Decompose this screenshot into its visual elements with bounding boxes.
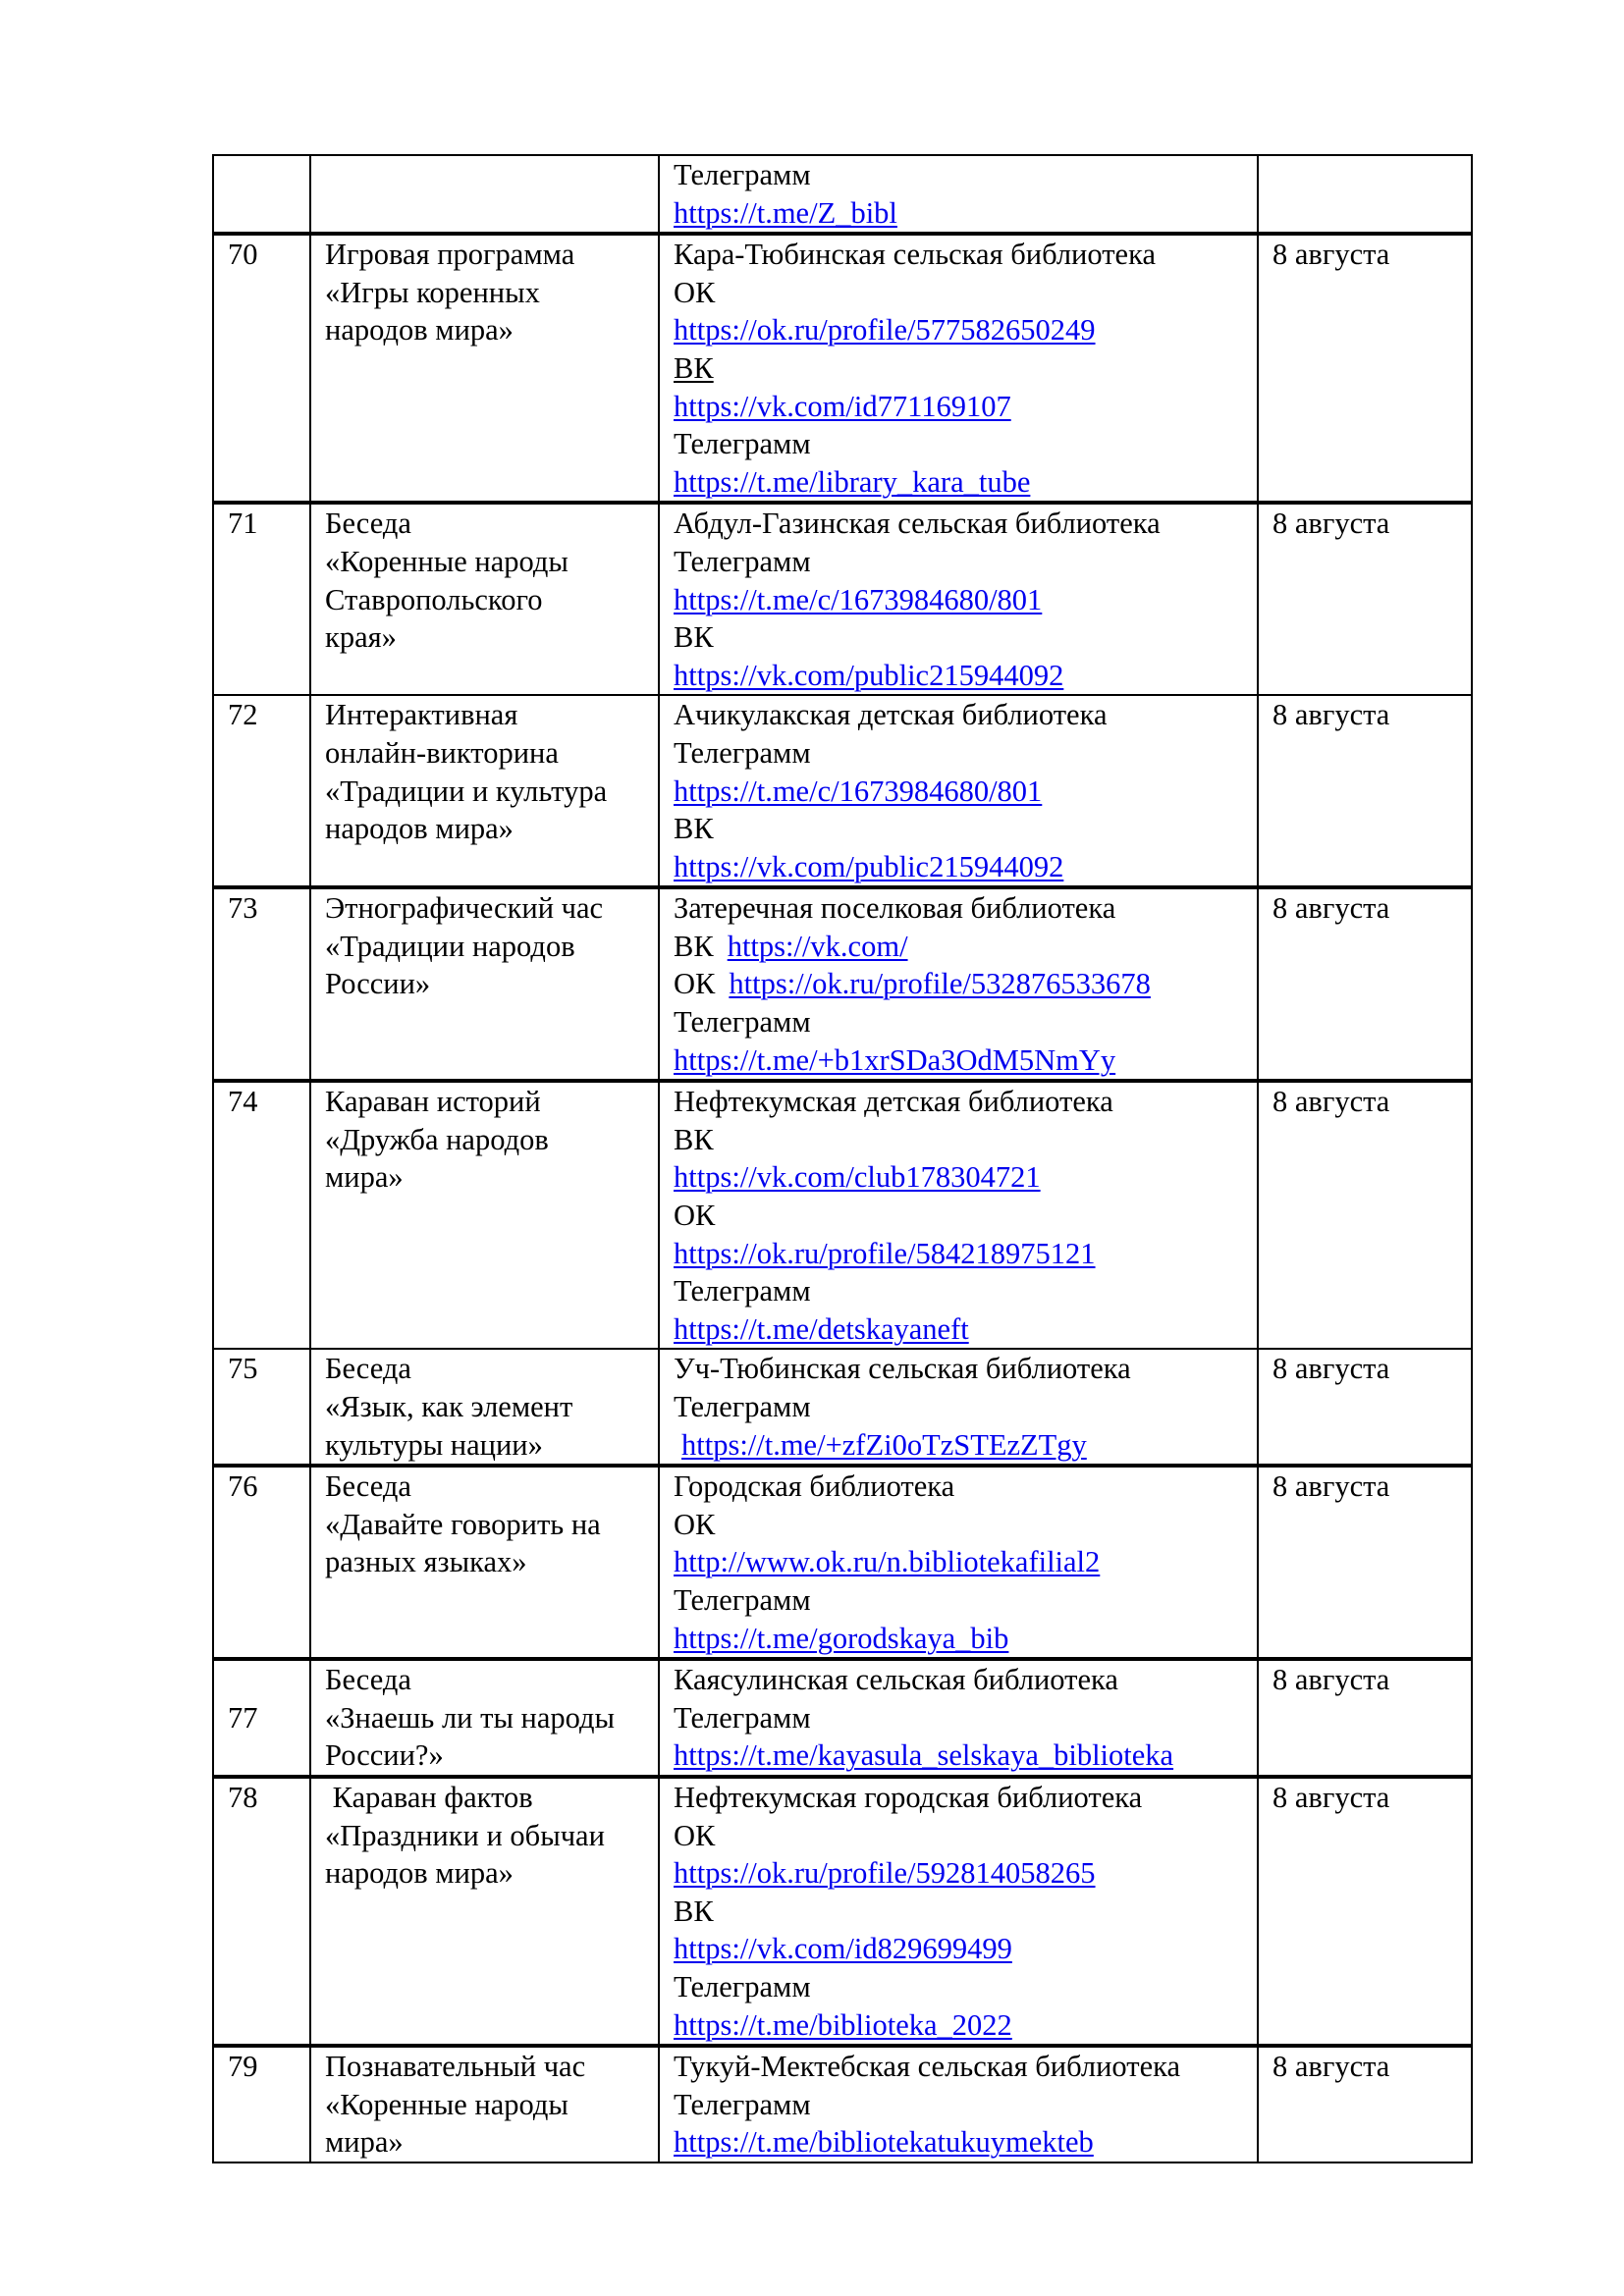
row-number: 79	[228, 2050, 258, 2083]
platform-label: Телеграмм	[674, 734, 1257, 773]
venue-line: http://www.ok.ru/n.bibliotekafilial2	[674, 1543, 1257, 1581]
platform-label: Телеграмм	[674, 425, 1257, 463]
platform-label: Телеграмм	[674, 1581, 1257, 1620]
venue-line: https://vk.com/id771169107	[674, 388, 1257, 426]
row-number-cell: 78	[213, 1777, 310, 2046]
library-name: Абдул-Газинская сельская библиотека	[674, 505, 1257, 543]
row-number: 72	[228, 698, 258, 731]
event-title-cell: Беседа«Знаешь ли ты народыРоссии?»	[310, 1659, 659, 1777]
table-row: 76Беседа«Давайте говорить наразных языка…	[213, 1466, 1472, 1659]
venue-links-cell: Абдул-Газинская сельская библиотекаТелег…	[659, 503, 1258, 695]
event-title-line: разных языках»	[325, 1543, 658, 1581]
venue-links-cell: Телеграммhttps://t.me/Z_bibl	[659, 155, 1258, 234]
event-title-line: России?»	[325, 1736, 658, 1775]
venue-line: ВКhttps://vk.com/	[674, 928, 1257, 966]
venue-line: https://t.me/kayasula_selskaya_bibliotek…	[674, 1736, 1257, 1775]
event-title-line: Этнографический час	[325, 889, 658, 928]
event-title-line: Беседа	[325, 1350, 658, 1388]
social-link[interactable]: https://t.me/kayasula_selskaya_bibliotek…	[674, 1738, 1173, 1772]
event-date-cell: 8 августа	[1258, 1466, 1472, 1659]
event-title-line: Караван фактов	[325, 1779, 658, 1817]
row-number: 75	[228, 1352, 258, 1385]
table-row: 72Интерактивнаяонлайн-викторина«Традиции…	[213, 695, 1472, 887]
venue-line: https://t.me/+b1xrSDa3OdM5NmYy	[674, 1041, 1257, 1080]
table-row: 74Караван историй«Дружба народовмира»Неф…	[213, 1081, 1472, 1349]
row-number: 77	[228, 1701, 258, 1735]
platform-label: ВК	[674, 351, 714, 385]
platform-label: Телеграмм	[674, 1968, 1257, 2006]
social-link[interactable]: https://t.me/+zfZi0oTzSTEzZTgy	[681, 1428, 1087, 1462]
row-number-cell: 70	[213, 234, 310, 503]
row-number-cell: 75	[213, 1349, 310, 1466]
platform-label: ОК	[674, 1506, 1257, 1544]
event-title-cell: Беседа«Давайте говорить наразных языках»	[310, 1466, 659, 1659]
venue-line: https://t.me/+zfZi0oTzSTEzZTgy	[674, 1426, 1257, 1465]
platform-label: ОК	[674, 1197, 1257, 1235]
platform-label: ВК	[674, 930, 714, 963]
platform-label: ВК	[674, 618, 1257, 657]
row-number-cell: 71	[213, 503, 310, 695]
venue-links-cell: Нефтекумская городская библиотекаОКhttps…	[659, 1777, 1258, 2046]
platform-label: ВК	[674, 810, 1257, 848]
social-link[interactable]: https://ok.ru/profile/532876533678	[729, 967, 1151, 1000]
venue-line: https://t.me/c/1673984680/801	[674, 581, 1257, 619]
social-link[interactable]: https://t.me/Z_bibl	[674, 196, 897, 230]
venue-line: https://ok.ru/profile/577582650249	[674, 311, 1257, 349]
event-title-line: края»	[325, 618, 658, 657]
venue-line: https://ok.ru/profile/592814058265	[674, 1854, 1257, 1893]
row-number-cell: 73	[213, 887, 310, 1081]
venue-line: https://vk.com/id829699499	[674, 1930, 1257, 1968]
row-number: 71	[228, 507, 258, 540]
platform-label: Телеграмм	[674, 1003, 1257, 1041]
event-title-cell: Беседа«Коренные народыСтавропольскогокра…	[310, 503, 659, 695]
platform-label: ОК	[674, 1817, 1257, 1855]
social-link[interactable]: https://vk.com/public215944092	[674, 850, 1063, 883]
row-number: 70	[228, 238, 258, 271]
venue-line: https://ok.ru/profile/584218975121	[674, 1235, 1257, 1273]
event-title-cell: Игровая программа«Игры коренныхнародов м…	[310, 234, 659, 503]
event-date-cell	[1258, 155, 1472, 234]
table-row: 77Беседа«Знаешь ли ты народыРоссии?»Каяс…	[213, 1659, 1472, 1777]
platform-label: ВК	[674, 1893, 1257, 1931]
library-name: Затеречная поселковая библиотека	[674, 889, 1257, 928]
venue-line: ОКhttps://ok.ru/profile/532876533678	[674, 965, 1257, 1003]
library-name: Телеграмм	[674, 156, 1257, 194]
venue-links-cell: Затеречная поселковая библиотекаВКhttps:…	[659, 887, 1258, 1081]
row-number: 76	[228, 1469, 258, 1503]
library-name: Каясулинская сельская библиотека	[674, 1661, 1257, 1699]
event-date-cell: 8 августа	[1258, 1659, 1472, 1777]
social-link[interactable]: https://ok.ru/profile/584218975121	[674, 1237, 1096, 1270]
event-title-line: Интерактивная	[325, 696, 658, 734]
library-name: Уч-Тюбинская сельская библиотека	[674, 1350, 1257, 1388]
event-date: 8 августа	[1272, 1352, 1389, 1385]
event-date-cell: 8 августа	[1258, 234, 1472, 503]
document-page: Телеграммhttps://t.me/Z_bibl70Игровая пр…	[0, 0, 1624, 2296]
venue-line: https://t.me/Z_bibl	[674, 194, 1257, 233]
social-link[interactable]: https://vk.com/public215944092	[674, 659, 1063, 692]
social-link[interactable]: http://www.ok.ru/n.bibliotekafilial2	[674, 1545, 1100, 1578]
social-link[interactable]: https://t.me/library_kara_tube	[674, 465, 1030, 499]
event-title-line: «Традиции и культура	[325, 773, 658, 811]
event-title-line: Беседа	[325, 1661, 658, 1699]
event-title-line: народов мира»	[325, 311, 658, 349]
library-name: Нефтекумская городская библиотека	[674, 1779, 1257, 1817]
row-number-cell: 76	[213, 1466, 310, 1659]
table-row: Телеграммhttps://t.me/Z_bibl	[213, 155, 1472, 234]
venue-links-cell: Ачикулакская детская библиотекаТелеграмм…	[659, 695, 1258, 887]
event-date-cell: 8 августа	[1258, 1349, 1472, 1466]
event-title-line: России»	[325, 965, 658, 1003]
library-name: Тукуй-Мектебская сельская библиотека	[674, 2048, 1257, 2086]
event-title-line: «Традиции народов	[325, 928, 658, 966]
event-date-cell: 8 августа	[1258, 2046, 1472, 2163]
event-title-cell: Этнографический час«Традиции народовРосс…	[310, 887, 659, 1081]
event-title-cell: Интерактивнаяонлайн-викторина«Традиции и…	[310, 695, 659, 887]
table-row: 73Этнографический час«Традиции народовРо…	[213, 887, 1472, 1081]
event-title-line: «Праздники и обычаи	[325, 1817, 658, 1855]
event-date-cell: 8 августа	[1258, 887, 1472, 1081]
venue-line: https://t.me/bibliotekatukuymekteb	[674, 2123, 1257, 2162]
row-number-cell: 74	[213, 1081, 310, 1349]
event-title-line: Беседа	[325, 505, 658, 543]
event-title-line: «Игры коренных	[325, 274, 658, 312]
event-title-line: народов мира»	[325, 1854, 658, 1893]
social-link[interactable]: https://t.me/c/1673984680/801	[674, 583, 1042, 616]
event-date: 8 августа	[1272, 698, 1389, 731]
event-date: 8 августа	[1272, 1469, 1389, 1503]
venue-links-cell: Городская библиотекаОКhttp://www.ok.ru/n…	[659, 1466, 1258, 1659]
platform-label: Телеграмм	[674, 1388, 1257, 1426]
platform-label: ОК	[674, 274, 1257, 312]
row-number-cell: 79	[213, 2046, 310, 2163]
social-link[interactable]: https://t.me/biblioteka_2022	[674, 2008, 1012, 2042]
event-title-line: Караван историй	[325, 1083, 658, 1121]
event-title-line: Беседа	[325, 1468, 658, 1506]
event-title-line: Ставропольского	[325, 581, 658, 619]
social-link[interactable]: https://vk.com/club178304721	[674, 1160, 1041, 1194]
social-link[interactable]: https://ok.ru/profile/577582650249	[674, 313, 1096, 347]
social-link[interactable]: https://vk.com/id771169107	[674, 390, 1011, 423]
event-title-line: мира»	[325, 1158, 658, 1197]
event-date-cell: 8 августа	[1258, 1081, 1472, 1349]
social-link[interactable]: https://t.me/+b1xrSDa3OdM5NmYy	[674, 1043, 1115, 1077]
social-link[interactable]: https://t.me/bibliotekatukuymekteb	[674, 2125, 1094, 2159]
event-title-line: «Язык, как элемент	[325, 1388, 658, 1426]
event-title-line: Познавательный час	[325, 2048, 658, 2086]
social-link[interactable]: https://t.me/c/1673984680/801	[674, 774, 1042, 808]
event-title-line: народов мира»	[325, 810, 658, 848]
event-title-cell: Познавательный час«Коренные народымира»	[310, 2046, 659, 2163]
table-row: 70Игровая программа«Игры коренныхнародов…	[213, 234, 1472, 503]
event-title-line: «Знаешь ли ты народы	[325, 1699, 658, 1737]
event-title-line: «Давайте говорить на	[325, 1506, 658, 1544]
event-title-cell	[310, 155, 659, 234]
event-date: 8 августа	[1272, 2050, 1389, 2083]
venue-line: https://t.me/biblioteka_2022	[674, 2006, 1257, 2045]
event-date-cell: 8 августа	[1258, 1777, 1472, 2046]
venue-links-cell: Кара-Тюбинская сельская библиотекаОКhttp…	[659, 234, 1258, 503]
event-date: 8 августа	[1272, 238, 1389, 271]
event-title-line: культуры нации»	[325, 1426, 658, 1465]
event-date: 8 августа	[1272, 1663, 1389, 1696]
event-date-cell: 8 августа	[1258, 503, 1472, 695]
event-date: 8 августа	[1272, 507, 1389, 540]
event-title-cell: Караван историй«Дружба народовмира»	[310, 1081, 659, 1349]
library-name: Нефтекумская детская библиотека	[674, 1083, 1257, 1121]
table-row: 71Беседа«Коренные народыСтавропольскогок…	[213, 503, 1472, 695]
social-link[interactable]: https://t.me/detskayaneft	[674, 1312, 969, 1346]
library-name: Ачикулакская детская библиотека	[674, 696, 1257, 734]
platform-label: ОК	[674, 967, 715, 1000]
venue-line: https://t.me/detskayaneft	[674, 1310, 1257, 1349]
row-number: 74	[228, 1085, 258, 1118]
venue-line: https://t.me/gorodskaya_bib	[674, 1620, 1257, 1658]
row-number-cell: 72	[213, 695, 310, 887]
platform-label: Телеграмм	[674, 1272, 1257, 1310]
platform-label: Телеграмм	[674, 1699, 1257, 1737]
event-title-line: «Коренные народы	[325, 543, 658, 581]
row-number: 73	[228, 891, 258, 925]
event-title-line: «Дружба народов	[325, 1121, 658, 1159]
social-link[interactable]: https://ok.ru/profile/592814058265	[674, 1856, 1096, 1890]
platform-label: ВК	[674, 1121, 1257, 1159]
event-title-line: Игровая программа	[325, 236, 658, 274]
venue-line: https://vk.com/public215944092	[674, 848, 1257, 886]
venue-links-cell: Каясулинская сельская библиотекаТелеграм…	[659, 1659, 1258, 1777]
platform-label: Телеграмм	[674, 543, 1257, 581]
venue-line: ВК	[674, 349, 1257, 388]
venue-links-cell: Уч-Тюбинская сельская библиотекаТелеграм…	[659, 1349, 1258, 1466]
library-name: Кара-Тюбинская сельская библиотека	[674, 236, 1257, 274]
event-title-cell: Беседа«Язык, как элементкультуры нации»	[310, 1349, 659, 1466]
table-row: 78 Караван фактов«Праздники и обычаинаро…	[213, 1777, 1472, 2046]
row-number-cell: 77	[213, 1659, 310, 1777]
venue-line: https://t.me/c/1673984680/801	[674, 773, 1257, 811]
social-link[interactable]: https://vk.com/id829699499	[674, 1932, 1012, 1965]
events-table-body: Телеграммhttps://t.me/Z_bibl70Игровая пр…	[213, 155, 1472, 2163]
row-number: 78	[228, 1781, 258, 1814]
venue-links-cell: Тукуй-Мектебская сельская библиотекаТеле…	[659, 2046, 1258, 2163]
event-date: 8 августа	[1272, 1085, 1389, 1118]
event-date-cell: 8 августа	[1258, 695, 1472, 887]
event-title-line: онлайн-викторина	[325, 734, 658, 773]
venue-links-cell: Нефтекумская детская библиотекаВКhttps:/…	[659, 1081, 1258, 1349]
venue-line: https://vk.com/club178304721	[674, 1158, 1257, 1197]
library-name: Городская библиотека	[674, 1468, 1257, 1506]
event-date: 8 августа	[1272, 891, 1389, 925]
venue-line: https://vk.com/public215944092	[674, 657, 1257, 695]
row-number-cell	[213, 155, 310, 234]
platform-label: Телеграмм	[674, 2086, 1257, 2124]
event-date: 8 августа	[1272, 1781, 1389, 1814]
event-title-line: мира»	[325, 2123, 658, 2162]
table-row: 75Беседа«Язык, как элементкультуры нации…	[213, 1349, 1472, 1466]
social-link[interactable]: https://vk.com/	[728, 930, 908, 963]
event-title-cell: Караван фактов«Праздники и обычаинародов…	[310, 1777, 659, 2046]
events-table: Телеграммhttps://t.me/Z_bibl70Игровая пр…	[212, 154, 1473, 2163]
table-row: 79Познавательный час«Коренные народымира…	[213, 2046, 1472, 2163]
social-link[interactable]: https://t.me/gorodskaya_bib	[674, 1622, 1008, 1655]
venue-line: https://t.me/library_kara_tube	[674, 463, 1257, 502]
event-title-line: «Коренные народы	[325, 2086, 658, 2124]
